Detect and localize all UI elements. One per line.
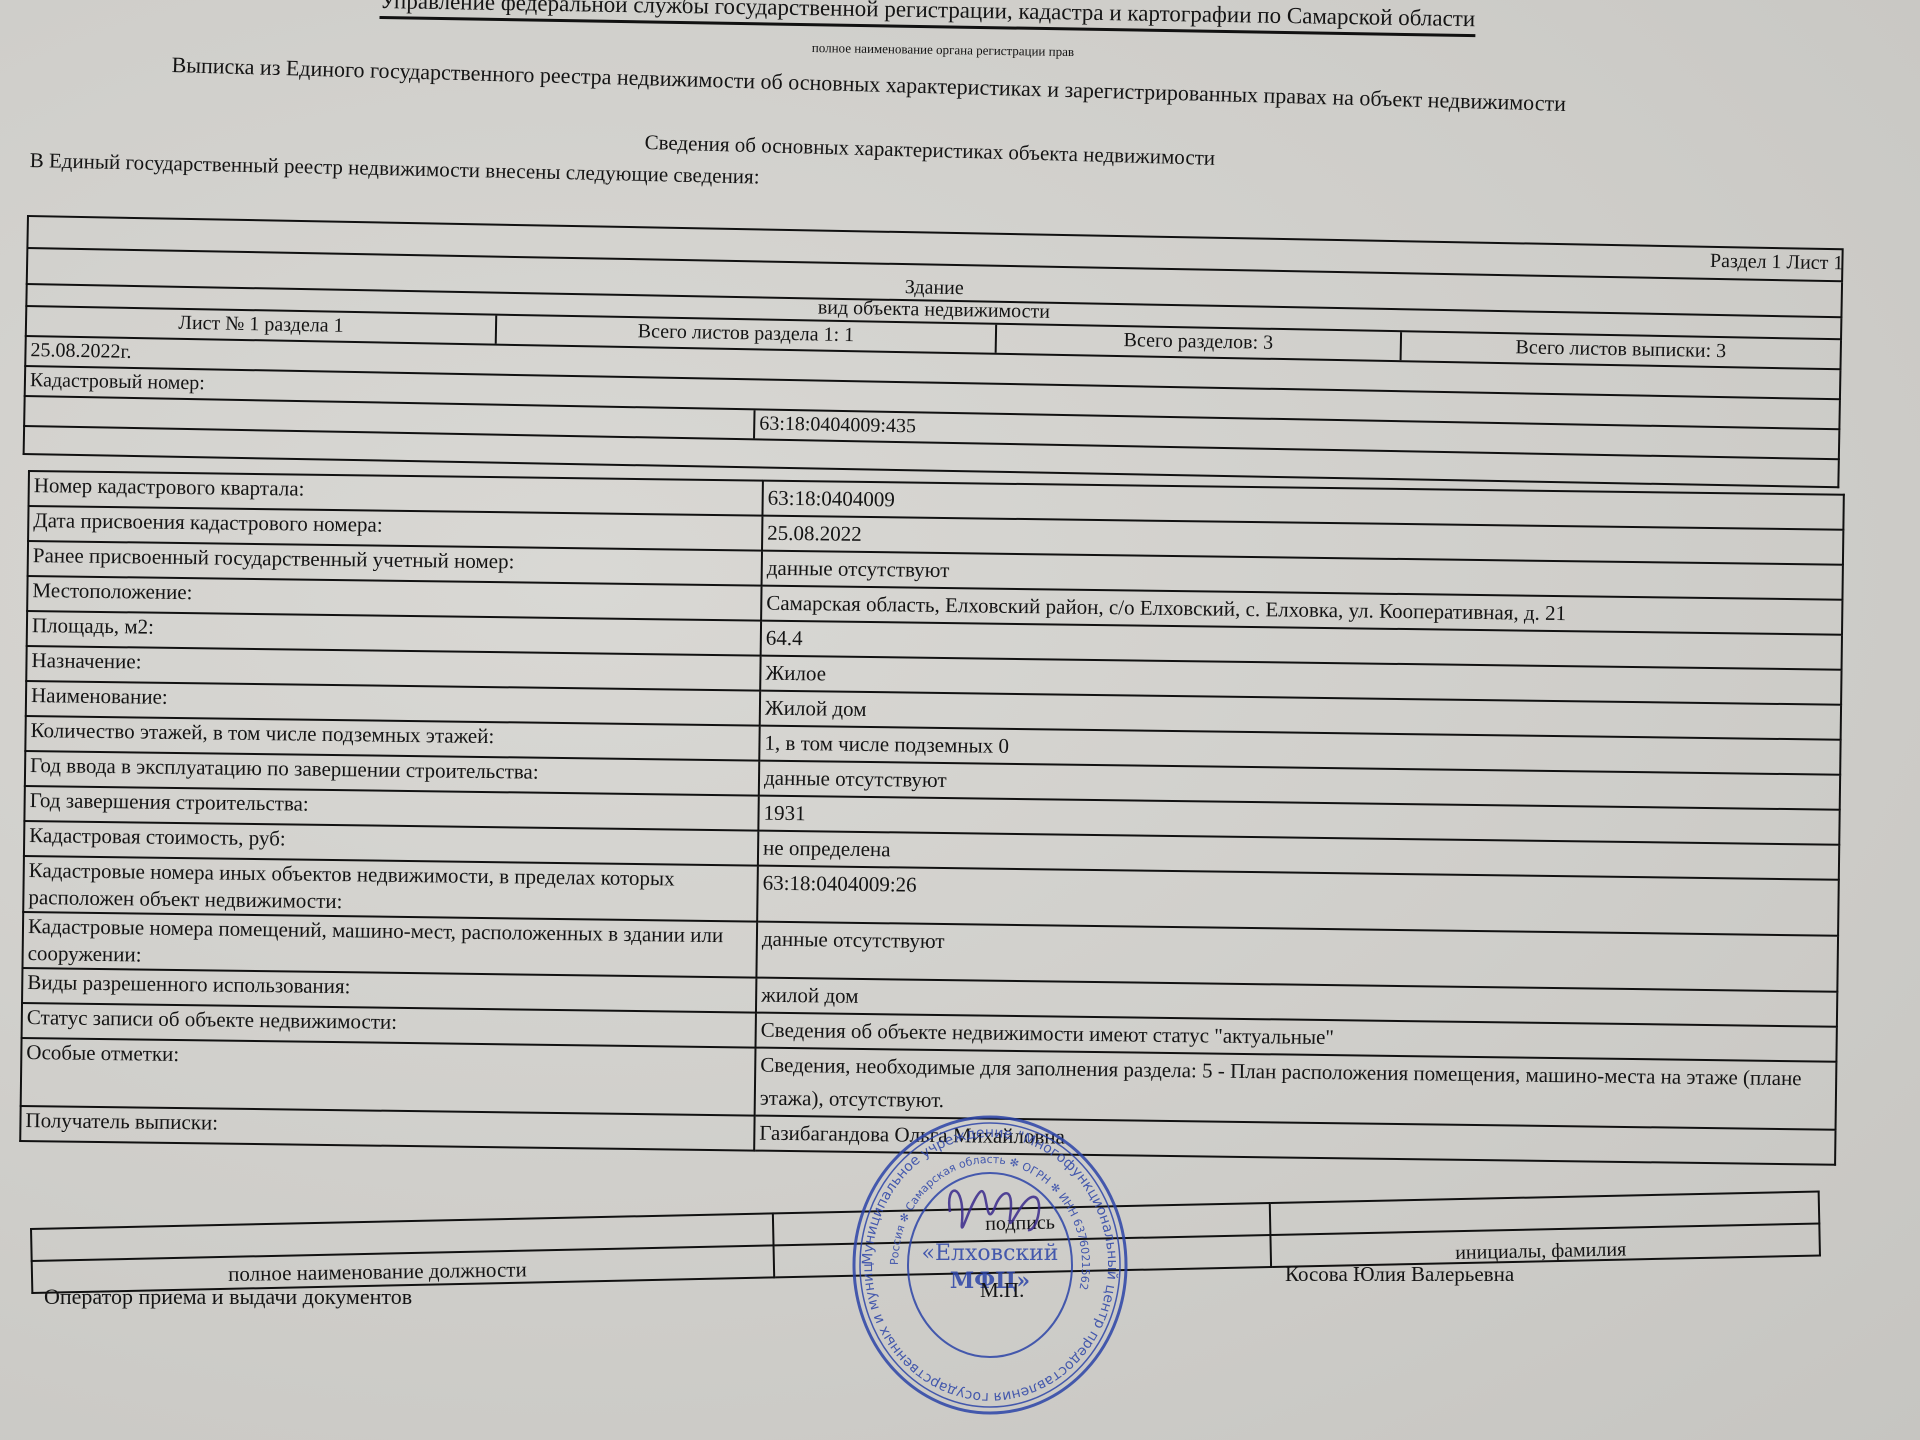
summary-block: Раздел 1 Лист 1 Здание вид объекта недви… [23, 215, 1844, 488]
svg-text:«Елховский: «Елховский [922, 1241, 1059, 1266]
object-kind-value: Здание [905, 276, 964, 300]
handwritten-signature-icon [949, 1191, 1039, 1230]
registration-authority-name: Управление федеральной службы государств… [379, 0, 1475, 37]
section-sheet-label: Раздел 1 Лист 1 [1710, 250, 1844, 275]
position-caption: полное наименование должности [228, 1257, 527, 1287]
detail-label: Кадастровые номера помещений, машино-мес… [22, 912, 757, 978]
object-details-table: Номер кадастрового квартала:63:18:040400… [19, 470, 1845, 1166]
official-stamp-icon: Муниципальное учреждение "Многофункциона… [850, 1112, 1130, 1418]
document-page: Управление федеральной службы государств… [0, 0, 1920, 1440]
operator-position: Оператор приема и выдачи документов [44, 1284, 412, 1310]
detail-label: Кадастровые номера иных объектов недвижи… [23, 856, 758, 922]
name-caption: инициалы, фамилия [1455, 1238, 1627, 1265]
registration-authority-caption: полное наименование органа регистрации п… [812, 40, 1074, 60]
cadastral-number-label: Кадастровый номер: [26, 367, 209, 398]
operator-name: Косова Юлия Валерьевна [1285, 1262, 1514, 1287]
seal-mark: М.П. [980, 1278, 1024, 1303]
extract-title: Выписка из Единого государственного реес… [171, 52, 1566, 117]
detail-label: Особые отметки: [21, 1038, 756, 1116]
object-kind-caption: вид объекта недвижимости [818, 297, 1051, 324]
extract-date: 25.08.2022г. [26, 337, 135, 367]
